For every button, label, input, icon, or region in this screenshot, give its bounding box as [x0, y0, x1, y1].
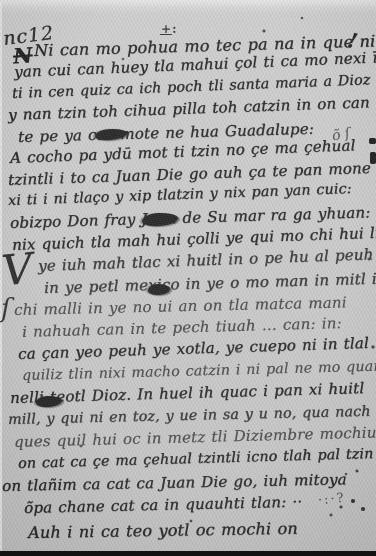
- cross-glyph: +: [160, 25, 172, 35]
- bottom-smudge-mark: ·:·?: [317, 491, 346, 509]
- cross-dots: :: [172, 22, 176, 36]
- right-edge-mark: õ ſ: [331, 126, 352, 145]
- manuscript-line: in ye petl mexico in ye o mo man in mitl…: [44, 269, 376, 297]
- margin-f-mark: ſ: [1, 296, 11, 322]
- manuscript-line: Auh i ni ca teo yotl oc mochi on: [28, 520, 298, 542]
- photo-left-edge: [0, 0, 2, 556]
- manuscript-line: õpa chane cat ca in quauhti tlan: ··: [24, 493, 303, 517]
- folio-cross-mark: +:: [160, 22, 177, 36]
- manuscript-page-photo: nc12 +: ! N Ni can mo pohua mo tec pa na…: [0, 0, 376, 556]
- right-edge-ink-tick: [370, 152, 376, 164]
- manuscript-line: on tlañim ca cat ca Juan Die go, iuh mit…: [2, 470, 347, 495]
- photo-bottom-edge: [0, 551, 376, 556]
- right-edge-ink-tick: [369, 138, 376, 144]
- margin-v-flourish: V: [0, 249, 34, 292]
- photo-top-edge: [0, 0, 376, 7]
